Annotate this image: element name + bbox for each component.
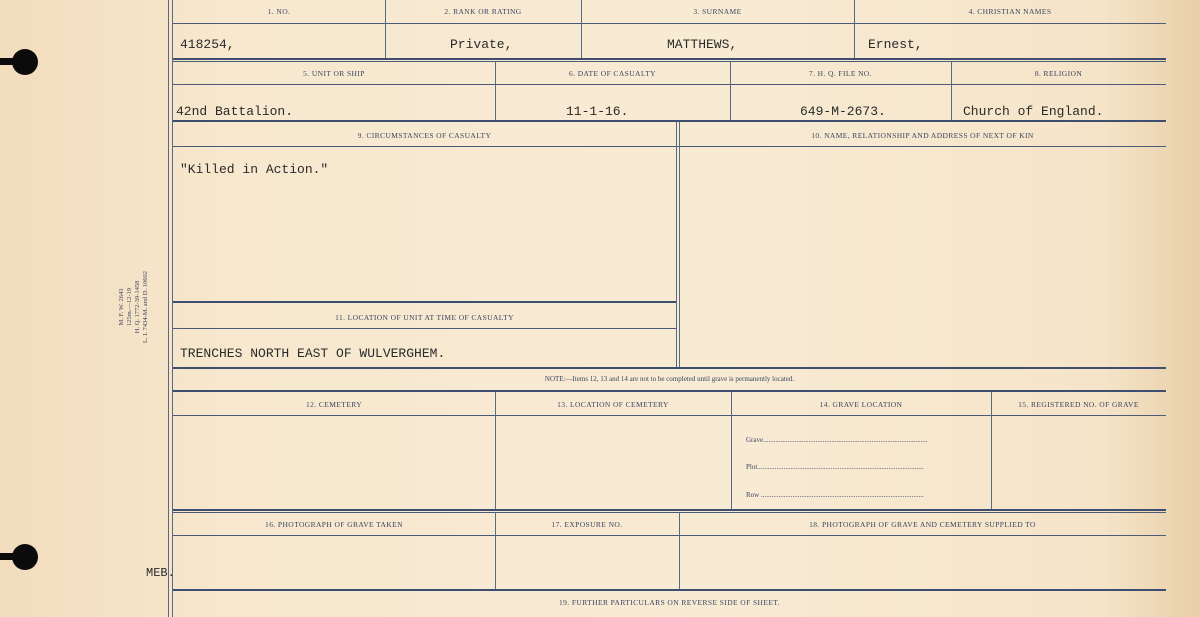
religion-label: 8. RELIGION <box>951 69 1166 78</box>
hq-file-value: 649-M-2673. <box>800 104 886 119</box>
photo-taken-label: 16. PHOTOGRAPH OF GRAVE TAKEN <box>173 520 495 529</box>
photo-supplied-label: 18. PHOTOGRAPH OF GRAVE AND CEMETERY SUP… <box>679 520 1166 529</box>
hq-file-label: 7. H. Q. FILE NO. <box>730 69 951 78</box>
grave-line: Grave...................................… <box>746 436 976 444</box>
divider <box>679 122 680 367</box>
rank-label: 2. RANK OR RATING <box>385 7 581 16</box>
date-value: 11-1-16. <box>566 104 628 119</box>
row-line: Row ....................................… <box>746 491 976 499</box>
row1-header-rule <box>173 23 1166 24</box>
circumstances-bottom-rule <box>173 301 676 303</box>
grave-location-label: 14. GRAVE LOCATION <box>731 400 991 409</box>
section-bottom-rule <box>173 367 1166 369</box>
christian-names-value: Ernest, <box>868 37 923 52</box>
row3-header-rule <box>173 146 1166 147</box>
row2-header-rule <box>173 84 1166 85</box>
unit-label: 5. UNIT OR SHIP <box>173 69 495 78</box>
row5-header-rule <box>173 415 1166 416</box>
divider <box>991 392 992 509</box>
unit-value: 42nd Battalion. <box>176 104 293 119</box>
divider <box>495 392 496 509</box>
note-text: NOTE:—Items 12, 13 and 14 are not to be … <box>173 375 1166 383</box>
circumstances-value: "Killed in Action." <box>180 162 328 177</box>
circumstances-label: 9. CIRCUMSTANCES OF CASUALTY <box>173 131 676 140</box>
location-header-rule <box>173 328 676 329</box>
row-label: Row <box>746 491 759 499</box>
cemetery-location-label: 13. LOCATION OF CEMETERY <box>495 400 731 409</box>
row5-bottom-rule-2 <box>173 512 1166 513</box>
rank-value: Private, <box>450 37 512 52</box>
form-code-line: H. Q. 1772-39-1458 <box>134 262 142 352</box>
location-unit-label: 11. LOCATION OF UNIT AT TIME OF CASUALTY <box>173 313 676 322</box>
casualty-form-card: M. F. W. 2643 125m.—12-19 H. Q. 1772-39-… <box>0 0 1200 617</box>
form-code-line: L. I. 7434-M. and D. 10602 <box>142 262 150 352</box>
next-of-kin-label: 10. NAME, RELATIONSHIP AND ADDRESS OF NE… <box>679 131 1166 140</box>
note-bottom-rule <box>173 390 1166 392</box>
punch-hole-bottom <box>12 544 38 570</box>
plot-line: Plot....................................… <box>746 463 976 471</box>
row6-header-rule <box>173 535 1166 536</box>
divider <box>731 392 732 509</box>
surname-label: 3. SURNAME <box>581 7 854 16</box>
punch-hole-top <box>12 49 38 75</box>
no-value: 418254, <box>180 37 235 52</box>
form-code-line: M. F. W. 2643 <box>118 262 126 352</box>
row6-bottom-rule <box>173 589 1166 591</box>
cemetery-label: 12. CEMETERY <box>173 400 495 409</box>
plot-label: Plot <box>746 463 757 471</box>
surname-value: MATTHEWS, <box>667 37 737 52</box>
location-unit-value: TRENCHES NORTH EAST OF WULVERGHEM. <box>180 346 445 361</box>
row2-bottom-rule <box>173 120 1166 122</box>
row5-bottom-rule <box>173 509 1166 511</box>
christian-names-label: 4. CHRISTIAN NAMES <box>854 7 1166 16</box>
form-code-line: 125m.—12-19 <box>126 262 134 352</box>
row1-bottom-rule-2 <box>173 61 1166 62</box>
footer-text: 19. FURTHER PARTICULARS ON REVERSE SIDE … <box>173 598 1166 607</box>
form-code-vertical: M. F. W. 2643 125m.—12-19 H. Q. 1772-39-… <box>118 262 178 352</box>
initials: MEB. <box>146 566 175 580</box>
religion-value: Church of England. <box>963 104 1103 119</box>
no-label: 1. NO. <box>173 7 385 16</box>
registered-no-label: 15. REGISTERED NO. OF GRAVE <box>991 400 1166 409</box>
date-label: 6. DATE OF CASUALTY <box>495 69 730 78</box>
divider <box>676 122 677 367</box>
row1-bottom-rule <box>173 58 1166 60</box>
grave-label: Grave <box>746 436 763 444</box>
exposure-label: 17. EXPOSURE NO. <box>495 520 679 529</box>
